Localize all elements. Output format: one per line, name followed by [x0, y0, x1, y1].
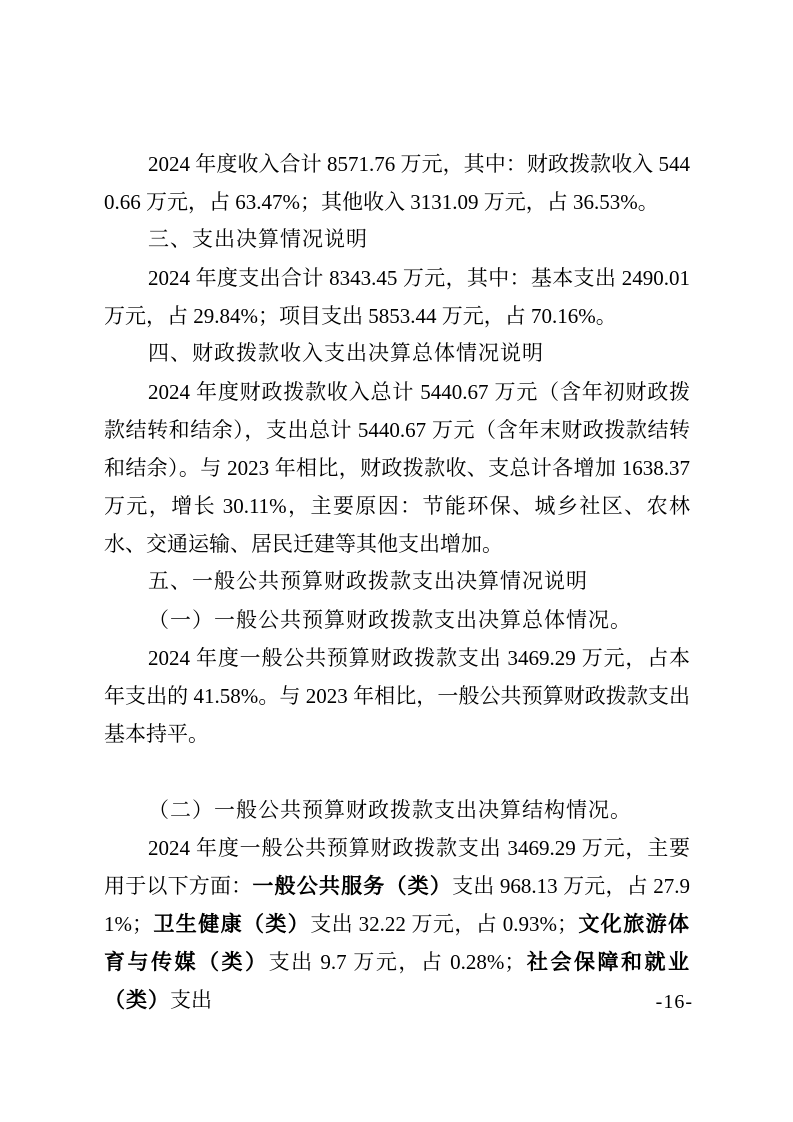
heading-section-4-fiscal-total: 四、财政拨款收入支出决算总体情况说明 [104, 335, 690, 373]
paragraph-general-budget-overall: 2024 年度一般公共预算财政拨款支出 3469.29 万元，占本年支出的 41… [104, 639, 690, 753]
heading-section-3-expenditure: 三、支出决算情况说明 [104, 221, 690, 259]
category-general-public-services: 一般公共服务（类） [252, 874, 452, 898]
category-health: 卫生健康（类） [153, 912, 310, 936]
structure-culture-text: 支出 9.7 万元，占 0.28%； [269, 950, 526, 974]
paragraph-income-summary: 2024 年度收入合计 8571.76 万元，其中：财政拨款收入 5440.66… [104, 145, 690, 221]
page-number: -16- [656, 990, 693, 1014]
blank-line [104, 753, 690, 791]
paragraph-fiscal-total: 2024 年度财政拨款收入总计 5440.67 万元（含年初财政拨款结转和结余）… [104, 373, 690, 563]
structure-social-text: 支出 [170, 988, 212, 1012]
subheading-5-1-overall: （一）一般公共预算财政拨款支出决算总体情况。 [104, 601, 690, 639]
document-page: 2024 年度收入合计 8571.76 万元，其中：财政拨款收入 5440.66… [0, 0, 793, 1122]
document-body: 2024 年度收入合计 8571.76 万元，其中：财政拨款收入 5440.66… [104, 145, 690, 1019]
structure-health-text: 支出 32.22 万元，占 0.93%； [310, 912, 578, 936]
heading-section-5-general-budget: 五、一般公共预算财政拨款支出决算情况说明 [104, 563, 690, 601]
paragraph-expenditure-summary: 2024 年度支出合计 8343.45 万元，其中：基本支出 2490.01 万… [104, 259, 690, 335]
subheading-5-2-structure: （二）一般公共预算财政拨款支出决算结构情况。 [104, 791, 690, 829]
paragraph-general-budget-structure: 2024 年度一般公共预算财政拨款支出 3469.29 万元，主要用于以下方面：… [104, 829, 690, 1019]
